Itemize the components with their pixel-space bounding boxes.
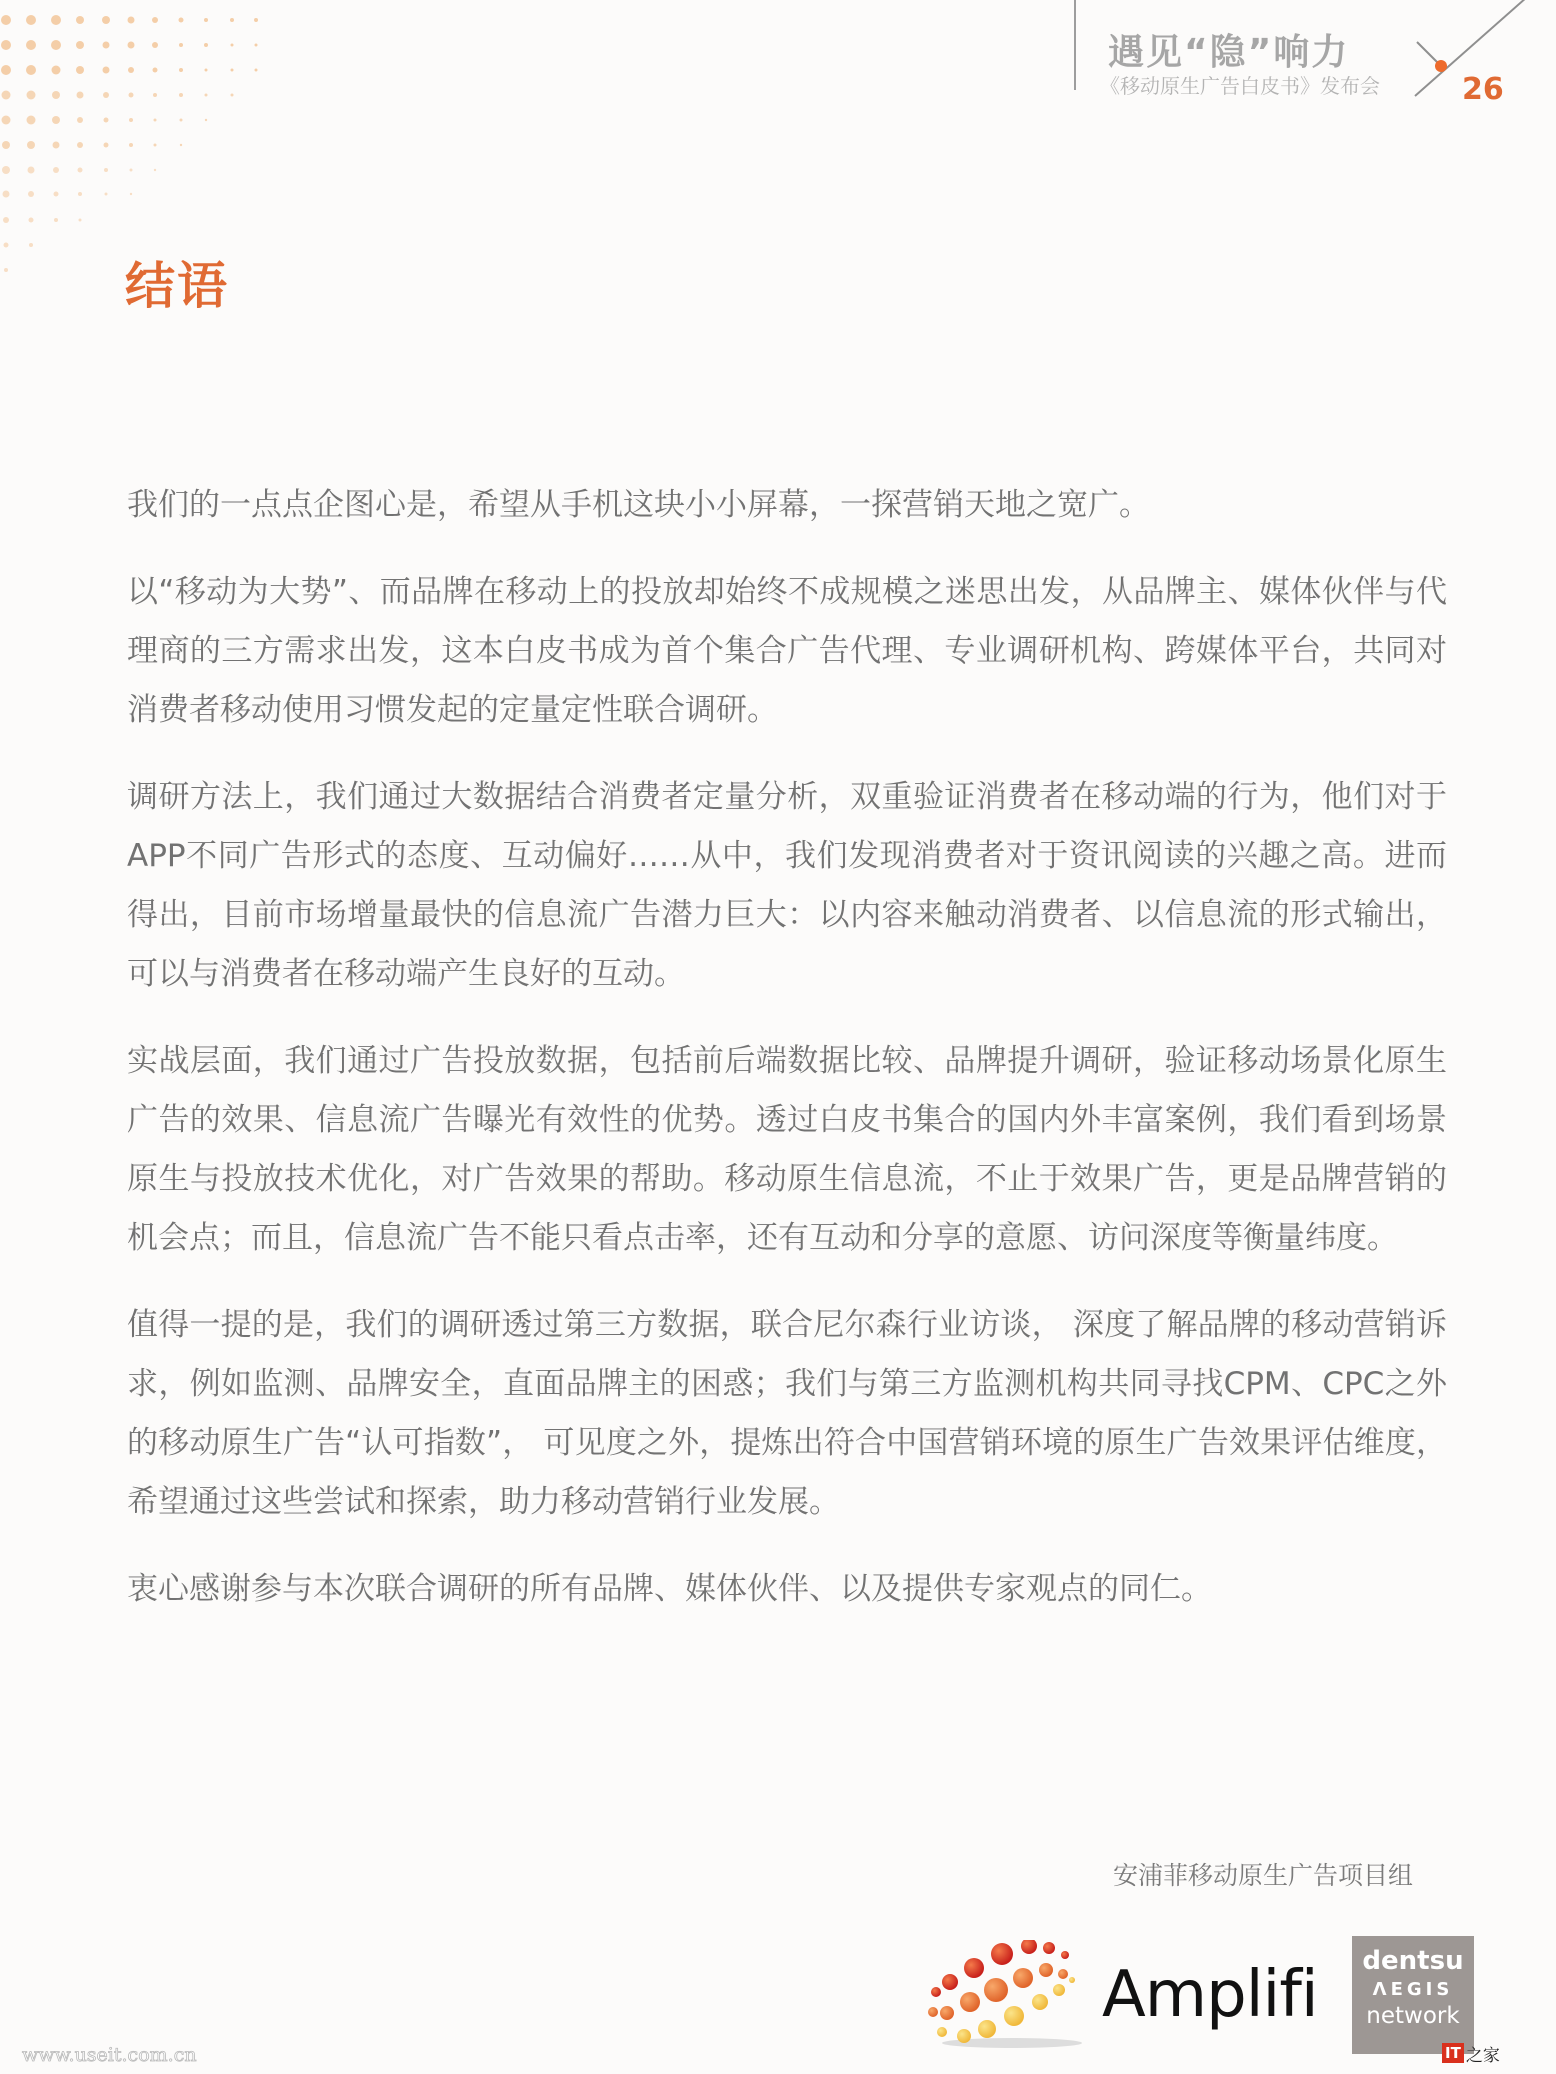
paragraph: 实战层面，我们通过广告投放数据，包括前后端数据比较、品牌提升调研，验证移动场景化… [127,1032,1447,1268]
network-wordmark: network [1352,2003,1474,2029]
paragraph: 值得一提的是，我们的调研透过第三方数据，联合尼尔森行业访谈， 深度了解品牌的移动… [127,1296,1447,1532]
header-subtitle: 《移动原生广告白皮书》发布会 [1100,70,1380,99]
page-number: 26 [1462,72,1504,107]
ithome-logo-icon: IT [1442,2043,1464,2063]
paragraph: 衷心感谢参与本次联合调研的所有品牌、媒体伙伴、以及提供专家观点的同仁。 [127,1560,1447,1619]
header-block: 遇见“隐”响力 《移动原生广告白皮书》发布会 [1074,0,1076,90]
dentsu-aegis-logo: dentsu ΛEGIS network [1352,1936,1474,2054]
sphere-dots-logo-icon [922,1940,1097,2060]
header-title: 遇见“隐”响力 [1108,24,1349,75]
watermark-url: www.useit.com.cn [22,2044,197,2066]
amplifi-logo: Amplifi [922,1940,1302,2060]
paragraph: 我们的一点点企图心是，希望从手机这块小小屏幕，一探营销天地之宽广。 [127,476,1447,535]
body-text: 我们的一点点企图心是，希望从手机这块小小屏幕，一探营销天地之宽广。 以“移动为大… [127,476,1447,1647]
ithome-watermark: IT 之家 [1442,2040,1500,2066]
paragraph: 以“移动为大势”、而品牌在移动上的投放却始终不成规模之迷思出发，从品牌主、媒体伙… [127,563,1447,740]
dentsu-wordmark: dentsu [1352,1936,1474,1976]
paragraph: 调研方法上，我们通过大数据结合消费者定量分析，双重验证消费者在移动端的行为，他们… [127,768,1447,1004]
ithome-text: 之家 [1466,2041,1500,2066]
section-title: 结语 [125,246,229,318]
aegis-wordmark: ΛEGIS [1352,1979,1474,2000]
amplifi-wordmark: Amplifi [1102,1958,1318,2032]
signature: 安浦菲移动原生广告项目组 [1113,1856,1413,1892]
